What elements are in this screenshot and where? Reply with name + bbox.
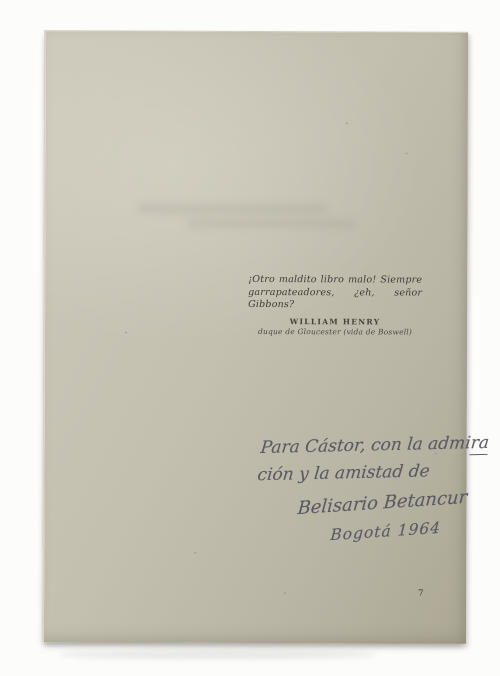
page-number: 7 [418, 589, 423, 599]
page-bottom-shadow [58, 650, 378, 659]
inscription-line-1: Para Cástor, con la admira [260, 433, 490, 458]
inscription-line-1-text: Para Cástor, con la admi [260, 433, 472, 458]
epigraph-quote-line-1: ¡Otro maldito libro malo! Siempre [248, 274, 422, 287]
inscription-hyphen-underline: ra [470, 433, 490, 455]
inscription-line-2: ción y la amistad de [257, 461, 431, 485]
epigraph-quote-line-2: garrapateadores, ¿eh, señor Gibbons? [248, 286, 422, 312]
inscription-date: Bogotá 1964 [330, 519, 442, 544]
scan-background: ¡Otro maldito libro malo! Siempre garrap… [0, 0, 500, 676]
showthrough-smudge [187, 219, 355, 229]
book-page: ¡Otro maldito libro malo! Siempre garrap… [42, 30, 468, 643]
scan-noise-specks [346, 122, 348, 124]
showthrough-smudge [137, 204, 327, 215]
epigraph-author: WILLIAM HENRY [248, 316, 422, 326]
epigraph-source: duque de Gloucester (vida de Boswell) [248, 326, 422, 336]
inscription-signature: Belisario Betancur [297, 487, 468, 519]
epigraph-block: ¡Otro maldito libro malo! Siempre garrap… [248, 274, 422, 336]
